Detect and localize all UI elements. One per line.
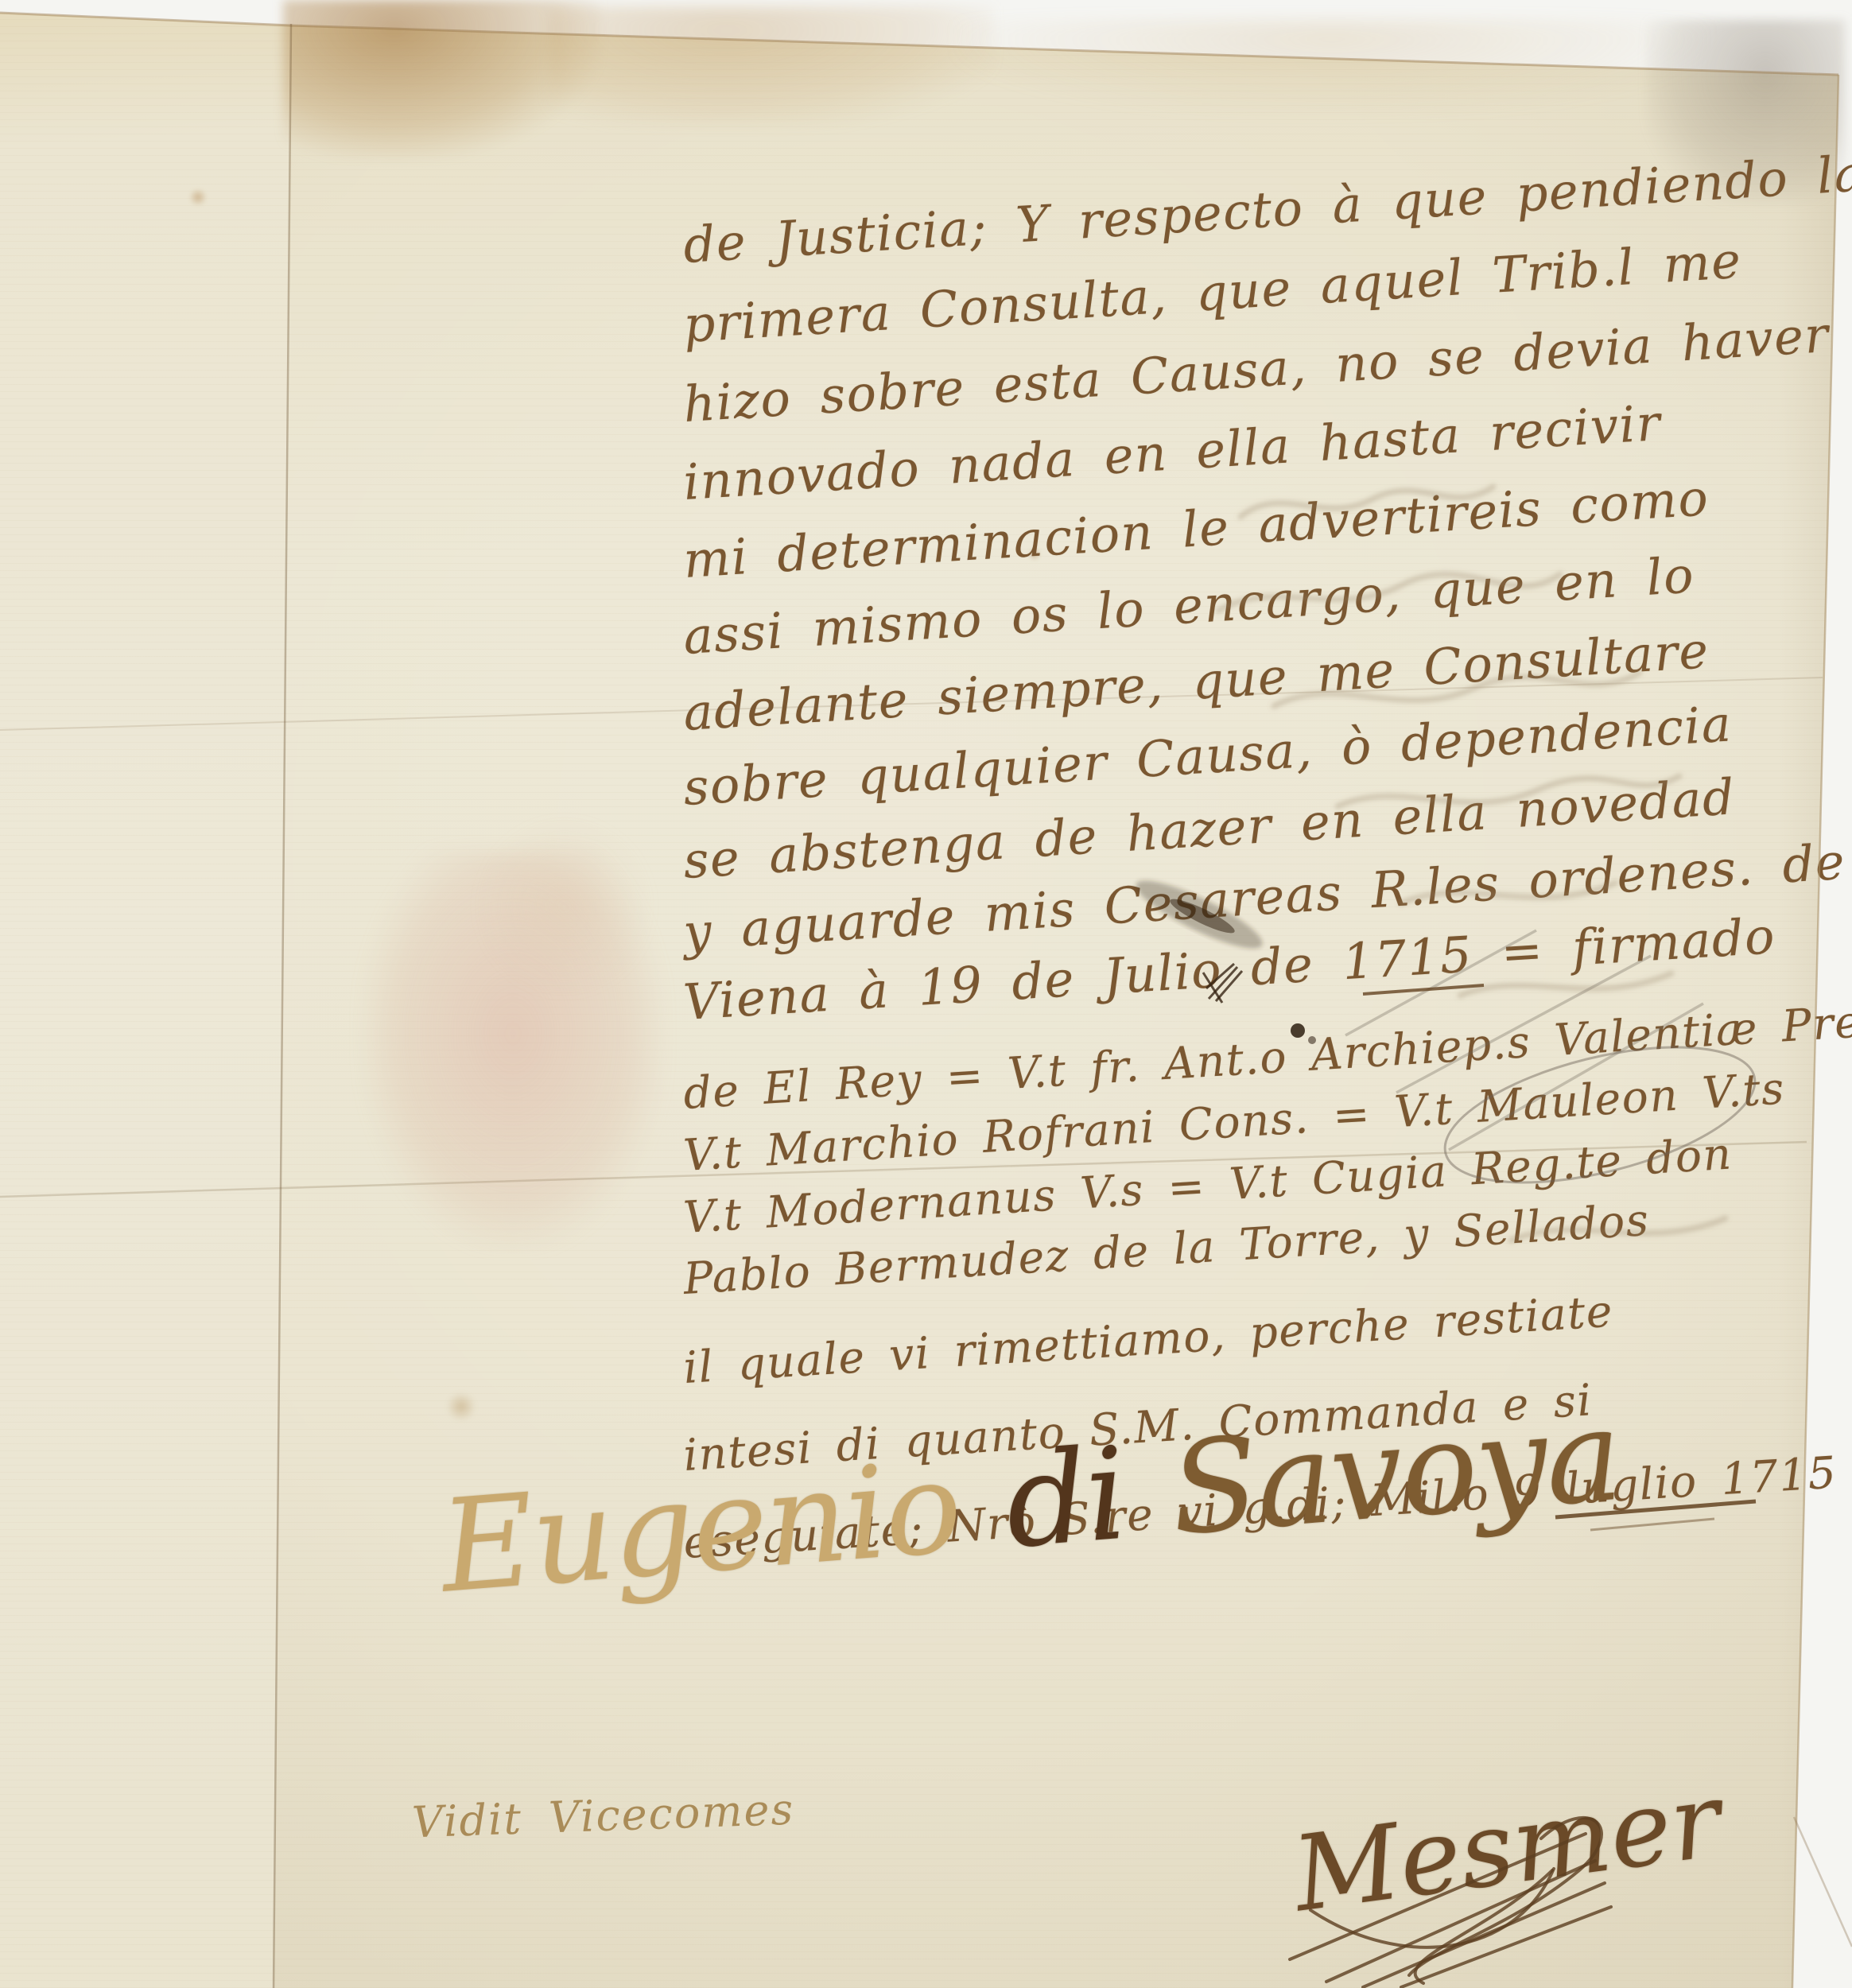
manuscript-photo: amento, se on, en que declara= mbre, y h…: [0, 0, 1852, 1988]
corner-crease: [1794, 1817, 1852, 1947]
signature-particle: di: [1000, 1419, 1131, 1577]
left-page-text-column: amento, se on, en que declara= mbre, y h…: [0, 0, 286, 1988]
